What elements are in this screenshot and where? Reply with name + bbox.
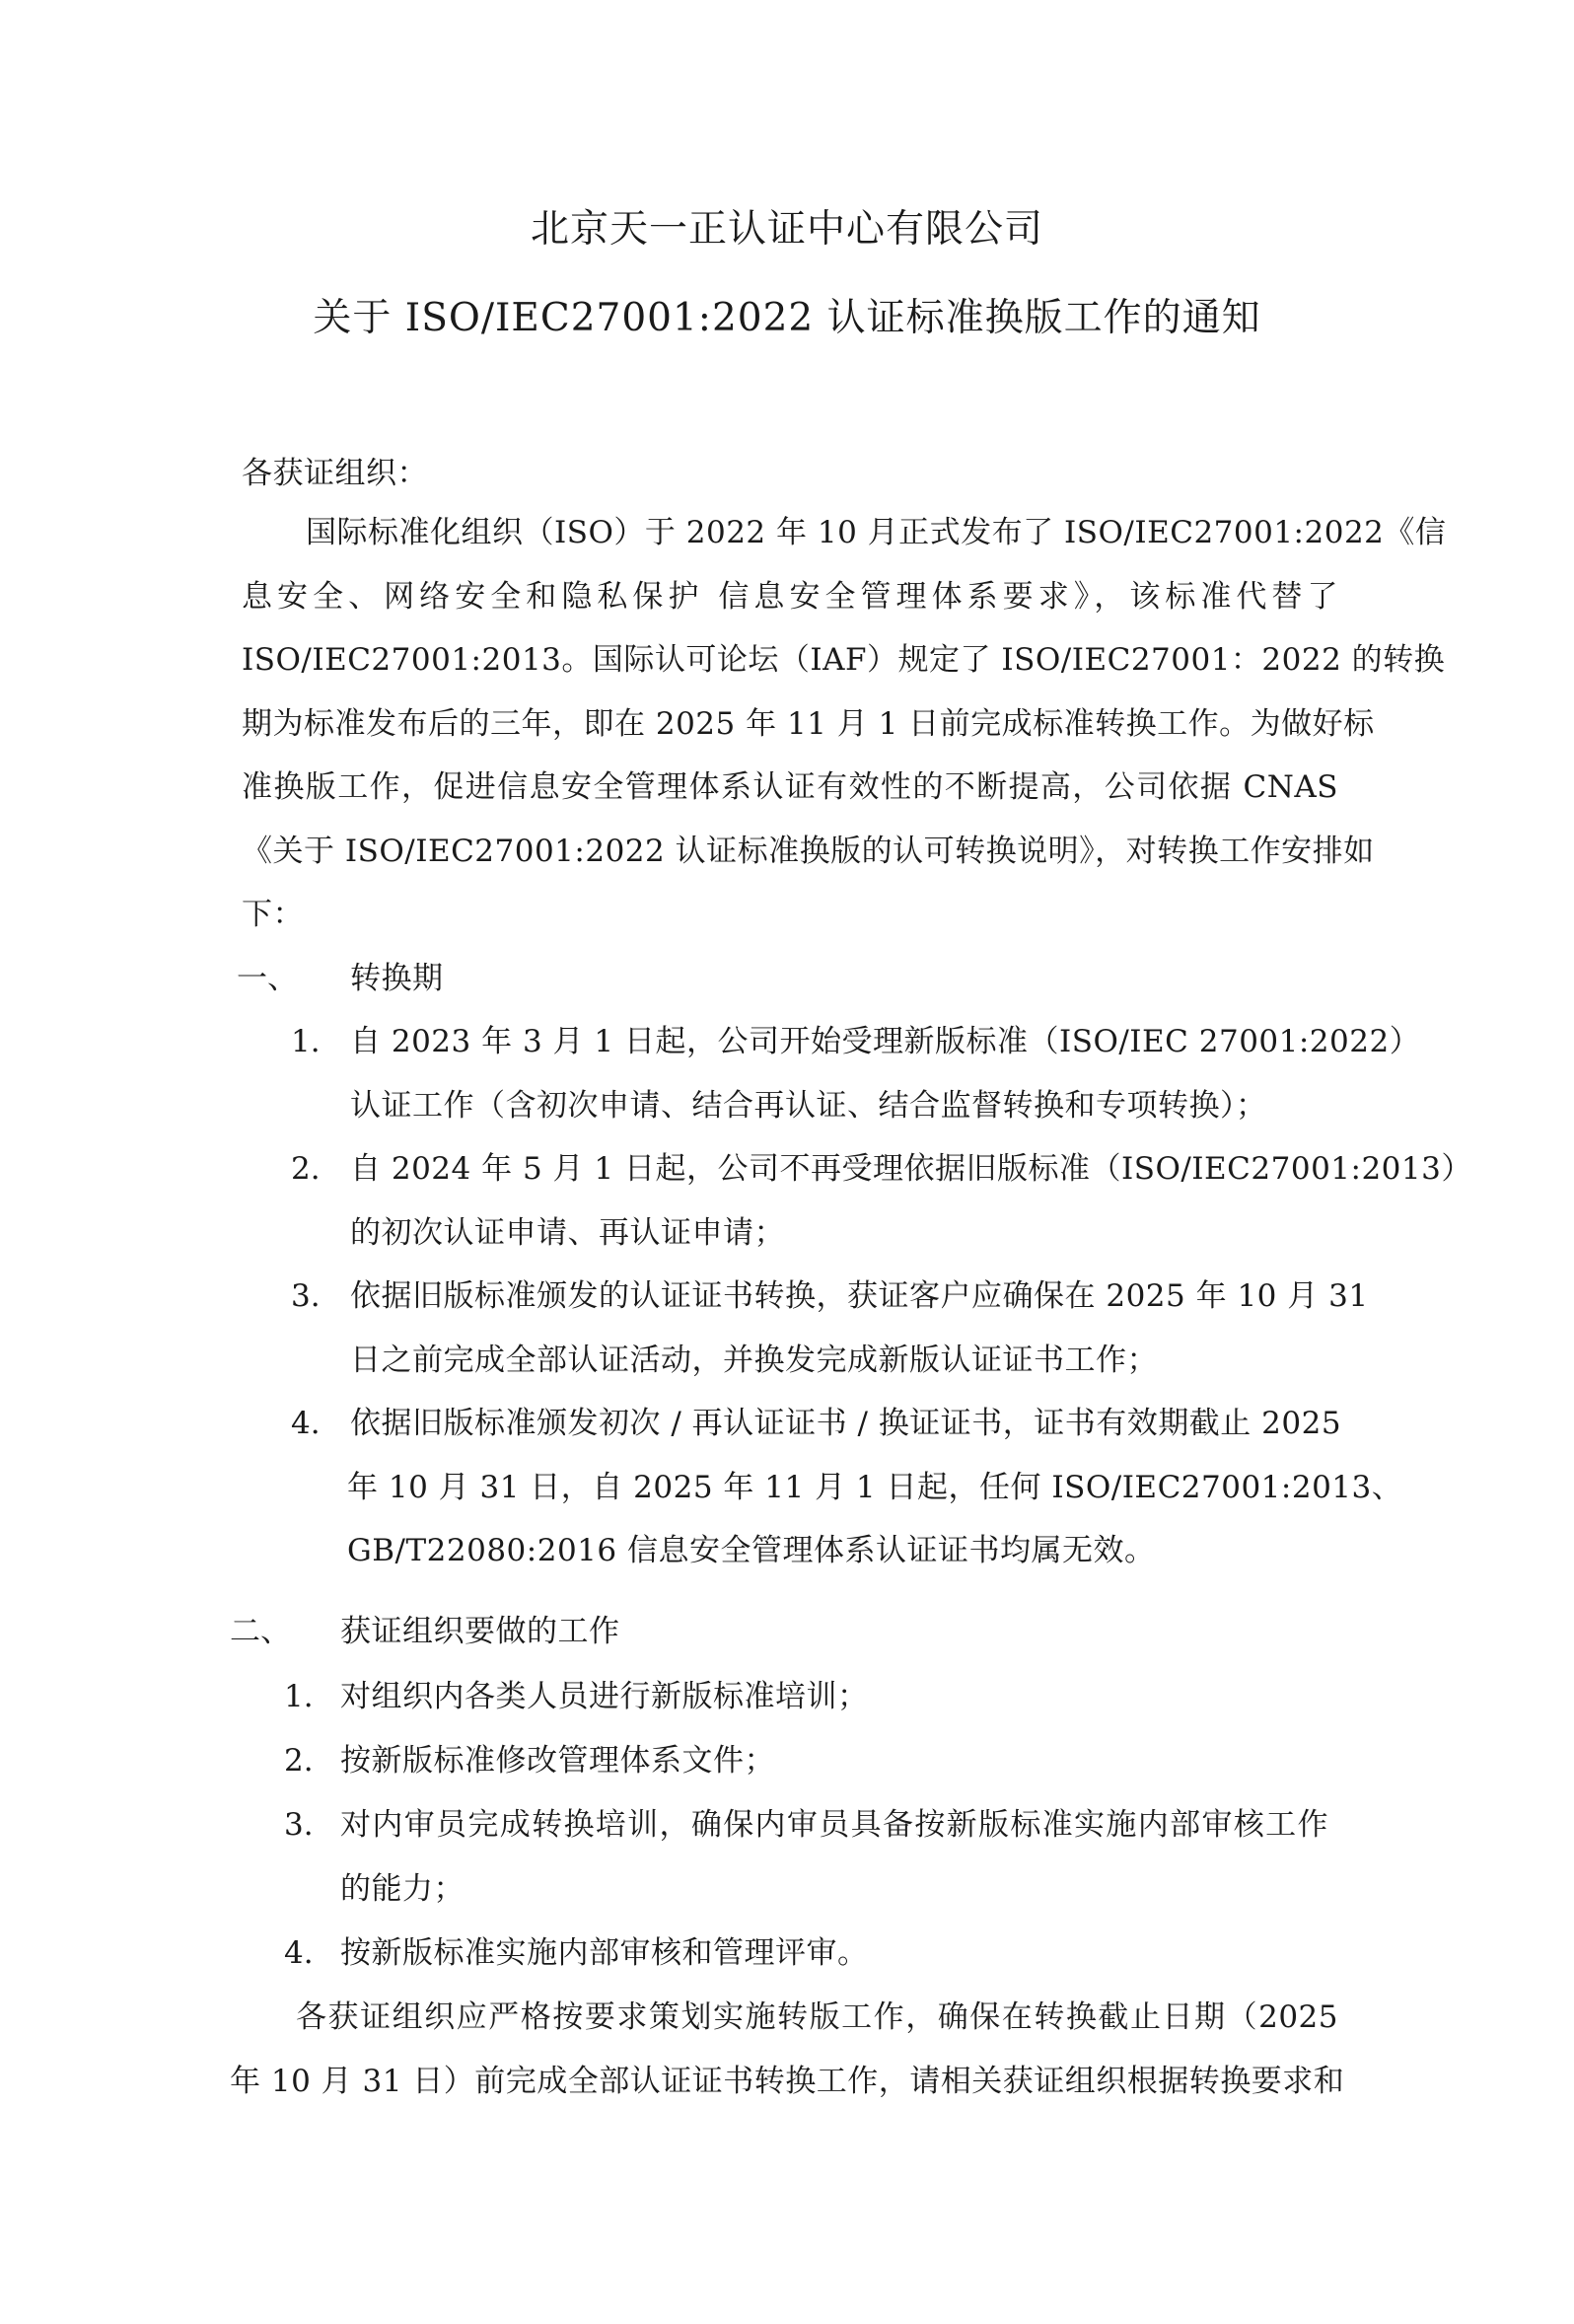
list-number: 4. (284, 1931, 314, 1975)
closing-line: 各获证组织应严格按要求策划实施转版工作，确保在转换截止日期（2025 (296, 1996, 1338, 2039)
section-marker: 二、 (230, 1610, 291, 1653)
intro-line: ISO/IEC27001:2013。国际认可论坛（IAF）规定了 ISO/IEC… (242, 638, 1338, 682)
intro-line: 《关于 ISO/IEC27001:2022 认证标准换版的认可转换说明》，对转换… (242, 830, 1338, 873)
list-line: 对内审员完成转换培训，确保内审员具备按新版标准实施内部审核工作 (340, 1803, 1328, 1847)
company-title: 北京天一正认证中心有限公司 (0, 205, 1574, 254)
list-line: 按新版标准修改管理体系文件； (340, 1739, 775, 1782)
list-line: 自 2024 年 5 月 1 日起，公司不再受理依据旧版标准（ISO/IEC27… (350, 1147, 1338, 1191)
intro-line: 准换版工作，促进信息安全管理体系认证有效性的不断提高，公司依据 CNAS (242, 765, 1338, 809)
list-line: 依据旧版标准颁发的认证证书转换，获证客户应确保在 2025 年 10 月 31 (350, 1274, 1338, 1318)
intro-line: 国际标准化组织（ISO）于 2022 年 10 月正式发布了 ISO/IEC27… (306, 511, 1338, 554)
list-number: 2. (284, 1739, 314, 1782)
closing-line: 年 10 月 31 日）前完成全部认证证书转换工作，请相关获证组织根据转换要求和 (230, 2060, 1338, 2103)
list-number: 3. (291, 1274, 321, 1318)
list-line: 对组织内各类人员进行新版标准培训； (340, 1675, 869, 1718)
intro-line: 期为标准发布后的三年，即在 2025 年 11 月 1 日前完成标准转换工作。为… (242, 702, 1338, 746)
list-line: 依据旧版标准颁发初次 / 再认证证书 / 换证证书，证书有效期截止 2025 (350, 1402, 1338, 1445)
section-heading: 转换期 (350, 957, 444, 1000)
list-line: GB/T22080:2016 信息安全管理体系认证证书均属无效。 (347, 1529, 1155, 1572)
section-heading: 获证组织要做的工作 (340, 1610, 620, 1653)
list-number: 1. (284, 1675, 314, 1718)
section-marker: 一、 (237, 957, 298, 1000)
list-number: 3. (284, 1803, 314, 1847)
intro-line: 息安全、网络安全和隐私保护 信息安全管理体系要求》，该标准代替了 (242, 575, 1338, 618)
list-number: 1. (291, 1020, 321, 1063)
salutation: 各获证组织： (242, 452, 428, 495)
document-page: 北京天一正认证中心有限公司 关于 ISO/IEC27001:2022 认证标准换… (0, 0, 1574, 2324)
intro-line: 下： (242, 893, 304, 936)
list-line: 自 2023 年 3 月 1 日起，公司开始受理新版标准（ISO/IEC 270… (350, 1020, 1338, 1063)
list-number: 4. (291, 1402, 321, 1445)
list-line: 年 10 月 31 日，自 2025 年 11 月 1 日起，任何 ISO/IE… (347, 1466, 1335, 1509)
list-line: 按新版标准实施内部审核和管理评审。 (340, 1931, 869, 1975)
list-line: 认证工作（含初次申请、结合再认证、结合监督转换和专项转换）； (350, 1084, 1267, 1127)
notice-title: 关于 ISO/IEC27001:2022 认证标准换版工作的通知 (0, 294, 1574, 343)
list-line: 日之前完成全部认证活动，并换发完成新版认证证书工作； (350, 1339, 1158, 1382)
list-line: 的能力； (340, 1867, 465, 1911)
list-number: 2. (291, 1147, 321, 1191)
list-line: 的初次认证申请、再认证申请； (350, 1211, 785, 1255)
